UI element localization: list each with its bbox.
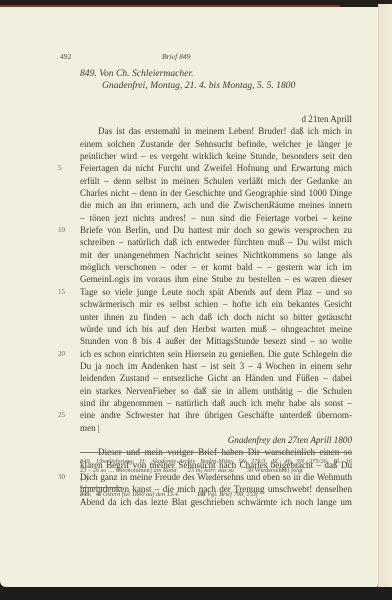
- apparatus-line: 849. Überlieferung: H: Akademie-Archiv B…: [80, 457, 352, 466]
- note-text: Ostern fiel 1800 auf den 13.4.: [103, 491, 180, 498]
- line-number: 5: [58, 162, 62, 174]
- text-line: ein starkes NervenFieber so daß sie in a…: [80, 385, 352, 397]
- text-line: Charles nicht – denn in der Geschichte u…: [80, 187, 352, 199]
- letter-heading: 849. Von Ch. Schleiermacher. Gnadenfrei,…: [80, 68, 295, 93]
- note-ref: 4f: [96, 491, 101, 498]
- text-line: men |: [80, 422, 352, 434]
- line-number: 10: [58, 224, 65, 236]
- text-line: 25eine andre Schwester hat ihre übrigen …: [80, 409, 352, 421]
- running-title: Brief 849: [162, 52, 190, 61]
- text-line: die mich an ihn erinnern, ach und die Zw…: [80, 199, 352, 211]
- letter-body: d 21ten Aprill Das ist das erstemahl in …: [80, 113, 352, 508]
- explanatory-notes: 849. 4f Ostern fiel 1800 auf den 13.4. 1…: [80, 491, 258, 498]
- line-number: 20: [58, 348, 65, 360]
- dateline: Gnadenfrey den 27ten Aprill 1800: [80, 434, 352, 446]
- text-line: mit der unangenehmen Nachricht seines Ni…: [80, 249, 352, 261]
- letter-title: 849. Von Ch. Schleiermacher.: [80, 68, 295, 80]
- text-line: GemeinLogis im voraus ihm eine Stube zu …: [80, 273, 352, 285]
- text-line: unter ihnen zu finden – ach daß ich doch…: [80, 311, 352, 323]
- text-line: schreiben – natürlich daß ich entweder f…: [80, 236, 352, 248]
- line-number: 30: [58, 471, 65, 483]
- apparatus-line: ⟨–⟩: [80, 475, 352, 484]
- line-number: 25: [58, 409, 65, 421]
- text-line: leidenden Zustand – entsezliche Gicht an…: [80, 372, 352, 384]
- note-text: Vgl. Brief 798, 153f: [207, 491, 258, 498]
- text-line: Du ja noch im Andenken hast – ist seit 3…: [80, 360, 352, 372]
- text-line: – tönen jezt nichts andres! – nun sind d…: [80, 212, 352, 224]
- letter-place-date: Gnadenfrei, Montag, 21. 4. bis Montag, 5…: [80, 80, 295, 92]
- text-line: 15Tage so viele junge Leute noch spät Ab…: [80, 286, 352, 298]
- page-stack-edge: [378, 4, 392, 588]
- text-line: möglich verschonen – oder – er komt bald…: [80, 261, 352, 273]
- apparatus-line: 23 – 26 so … übernommen] am Rand 23 in] …: [80, 466, 352, 475]
- bottom-dark-edge: [0, 587, 392, 600]
- dateline: d 21ten Aprill: [80, 113, 352, 125]
- line-number: 15: [58, 286, 65, 298]
- text-line: Das ist das erstemahl in meinem Leben! B…: [80, 125, 352, 137]
- text-line: einem solchen Zustande der Sehnsucht bef…: [80, 138, 352, 150]
- notes-rule: [80, 487, 122, 488]
- critical-apparatus: 849. Überlieferung: H: Akademie-Archiv B…: [80, 457, 352, 485]
- text-line: 10Briefe von Berlin, und Du hattest mir …: [80, 224, 352, 236]
- note-ref: 10f: [197, 491, 206, 498]
- text-line: sind ihr abgenommen – natürlich daß auch…: [80, 397, 352, 409]
- text-line: Stunden von 8 bis 4 außer der MittagsStu…: [80, 335, 352, 347]
- text-line: schwärmerisch mir es selbst schien – hof…: [80, 298, 352, 310]
- notes-label: 849.: [80, 491, 91, 498]
- text-line: würde und ich bis auf den Herbst warten …: [80, 323, 352, 335]
- apparatus-rule: [80, 452, 352, 453]
- page-number: 492: [60, 52, 71, 61]
- text-line: erfült – denn selbst in meinen Schulen v…: [80, 175, 352, 187]
- text-line: peinlicher wird – es vergeht wirklich ke…: [80, 150, 352, 162]
- text-line: 20ich es schon einrichten sein Hiersein …: [80, 348, 352, 360]
- text-line: 5Feiertagen da nicht Furcht und Zweifel …: [80, 162, 352, 174]
